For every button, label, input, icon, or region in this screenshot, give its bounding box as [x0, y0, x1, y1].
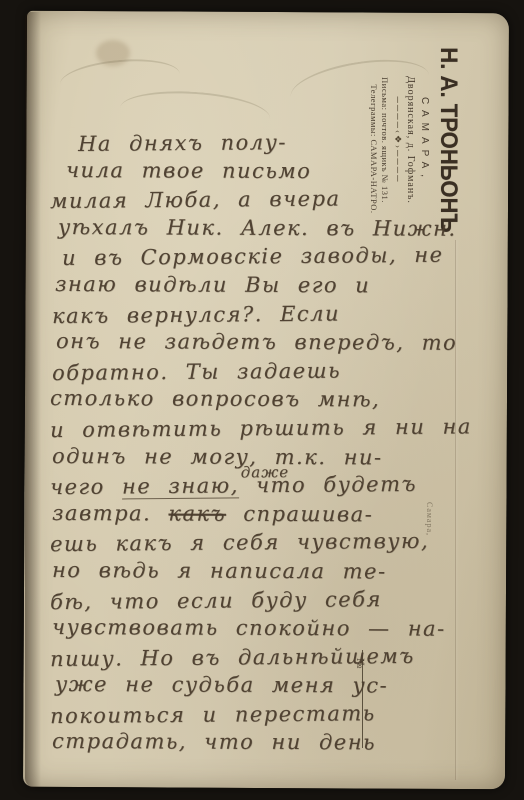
handwriting-line: страдать, что ни день [52, 727, 524, 758]
handwriting-line: ешь какъ я себя чувствую, [50, 526, 524, 559]
struck-out-word: какъ [168, 501, 226, 525]
handwriting-line: бѣ, что если буду себя [50, 583, 524, 616]
handwriting-line: чила твое письмо [66, 156, 524, 187]
handwriting-line: На дняхъ полу- [78, 126, 524, 158]
handwriting-line: онъ не заѣдетъ впередъ, то [56, 327, 524, 358]
handwriting-line: уѣхалъ Ник. Алек. въ Нижн. [58, 213, 524, 244]
handwriting-line: и отвѣтить рѣшить я ни на [50, 412, 524, 445]
handwriting-line: покоиться и перестать [50, 698, 524, 731]
handwriting-line: какъ вернулся?. Если [52, 298, 524, 331]
handwriting-line: уже не судьба меня ус- [55, 670, 524, 701]
handwriting-line: знаю видѣли Вы его и [55, 270, 524, 301]
handwriting-line-with-strike: завтра. какъ спрашива- [52, 499, 524, 530]
handwriting-line: милая Люба, а вчера [50, 183, 524, 216]
handwriting-line: чувствовать спокойно — на- [52, 613, 524, 644]
inserted-word-above-line: даже [241, 458, 290, 487]
handwriting-line: обратно. Ты задаешь [52, 355, 524, 388]
handwriting-line: и въ Сормовскіе заводы, не [62, 240, 524, 273]
handwriting-line: но вѣдь я написала те- [52, 556, 524, 587]
handwriting-line: пишу. Но въ дальнѣйшемъ [50, 641, 524, 674]
handwritten-letter-body: На дняхъ полу- чила твое письмо милая Лю… [0, 128, 524, 757]
underlined-words: не знаю, [122, 474, 239, 500]
letter-photo: Н. А. ТРОНЬОНЪ САМАРА, Дворянская, д. Го… [0, 0, 524, 800]
handwriting-line-with-insert: чего не знаю,даже что будетъ [50, 469, 524, 502]
handwriting-line: столько вопросовъ мнѣ, [50, 384, 524, 415]
